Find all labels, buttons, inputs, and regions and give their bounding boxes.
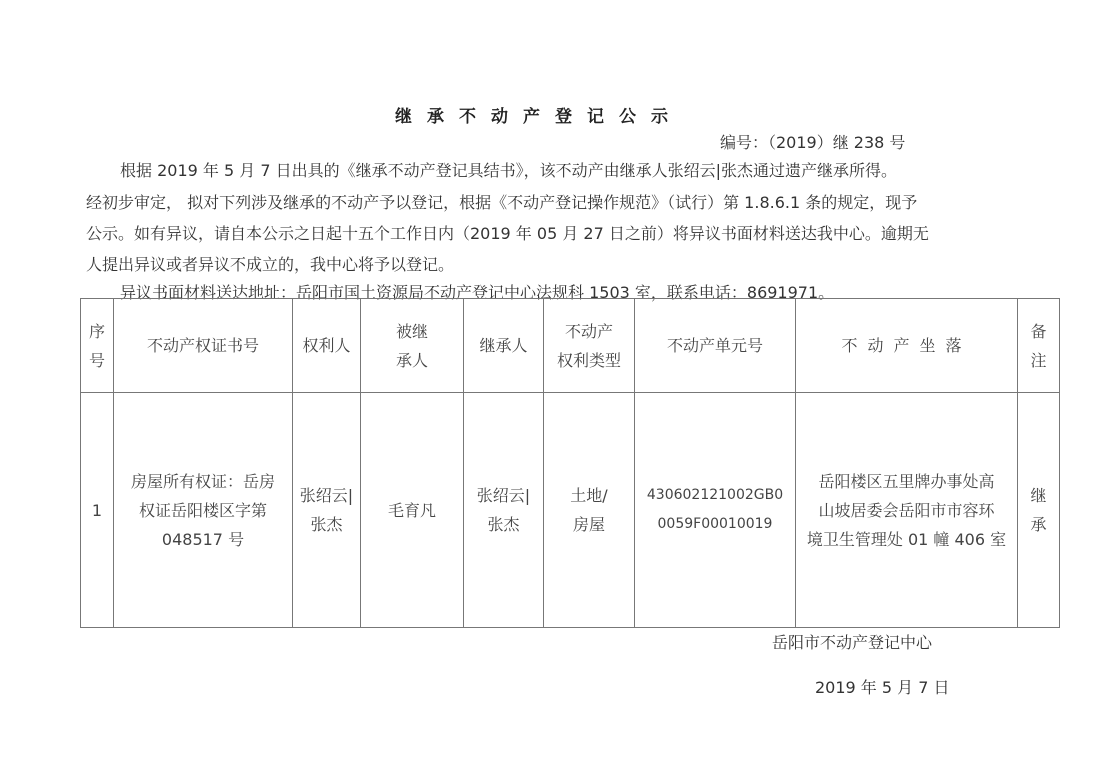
header-heir: 继承人 <box>464 299 544 393</box>
cell-remark: 继承 <box>1018 393 1060 628</box>
document-title: 继承不动产登记公示 <box>395 102 683 127</box>
header-right-type: 不动产权利类型 <box>544 299 635 393</box>
header-remark: 备注 <box>1018 299 1060 393</box>
cell-right-holder: 张绍云|张杰 <box>293 393 361 628</box>
cell-decedent: 毛育凡 <box>361 393 464 628</box>
header-unit-number: 不动产单元号 <box>635 299 796 393</box>
issue-date: 2019 年 5 月 7 日 <box>815 675 950 698</box>
cell-heir: 张绍云|张杰 <box>464 393 544 628</box>
table-header-row: 序号 不动产权证书号 权利人 被继承人 继承人 不动产权利类型 不动产单元号 不… <box>81 299 1060 393</box>
cell-location: 岳阳楼区五里牌办事处高山坡居委会岳阳市市容环境卫生管理处 01 幢 406 室 <box>796 393 1018 628</box>
paragraph-review: 经初步审定， 拟对下列涉及继承的不动产予以登记，根据《不动产登记操作规范》（试行… <box>86 192 917 213</box>
header-right-holder: 权利人 <box>293 299 361 393</box>
table-row: 1 房屋所有权证：岳房权证岳阳楼区字第048517 号 张绍云|张杰 毛育凡 张… <box>81 393 1060 628</box>
paragraph-registration: 人提出异议或者异议不成立的，我中心将予以登记。 <box>86 254 454 275</box>
header-location: 不动产坐落 <box>796 299 1018 393</box>
issuer-signature: 岳阳市不动产登记中心 <box>772 630 932 653</box>
header-decedent: 被继承人 <box>361 299 464 393</box>
cell-right-type: 土地/房屋 <box>544 393 635 628</box>
registration-table: 序号 不动产权证书号 权利人 被继承人 继承人 不动产权利类型 不动产单元号 不… <box>80 298 1060 628</box>
paragraph-objection: 公示。如有异议，请自本公示之日起十五个工作日内（2019 年 05 月 27 日… <box>86 223 929 244</box>
header-seq: 序号 <box>81 299 114 393</box>
cell-certificate: 房屋所有权证：岳房权证岳阳楼区字第048517 号 <box>114 393 293 628</box>
document-number: 编号：（2019）继 238 号 <box>720 130 905 153</box>
header-certificate: 不动产权证书号 <box>114 299 293 393</box>
cell-unit-number: 430602121002GB00059F00010019 <box>635 393 796 628</box>
cell-seq: 1 <box>81 393 114 628</box>
paragraph-basis: 根据 2019 年 5 月 7 日出具的《继承不动产登记具结书》，该不动产由继承… <box>120 160 897 181</box>
